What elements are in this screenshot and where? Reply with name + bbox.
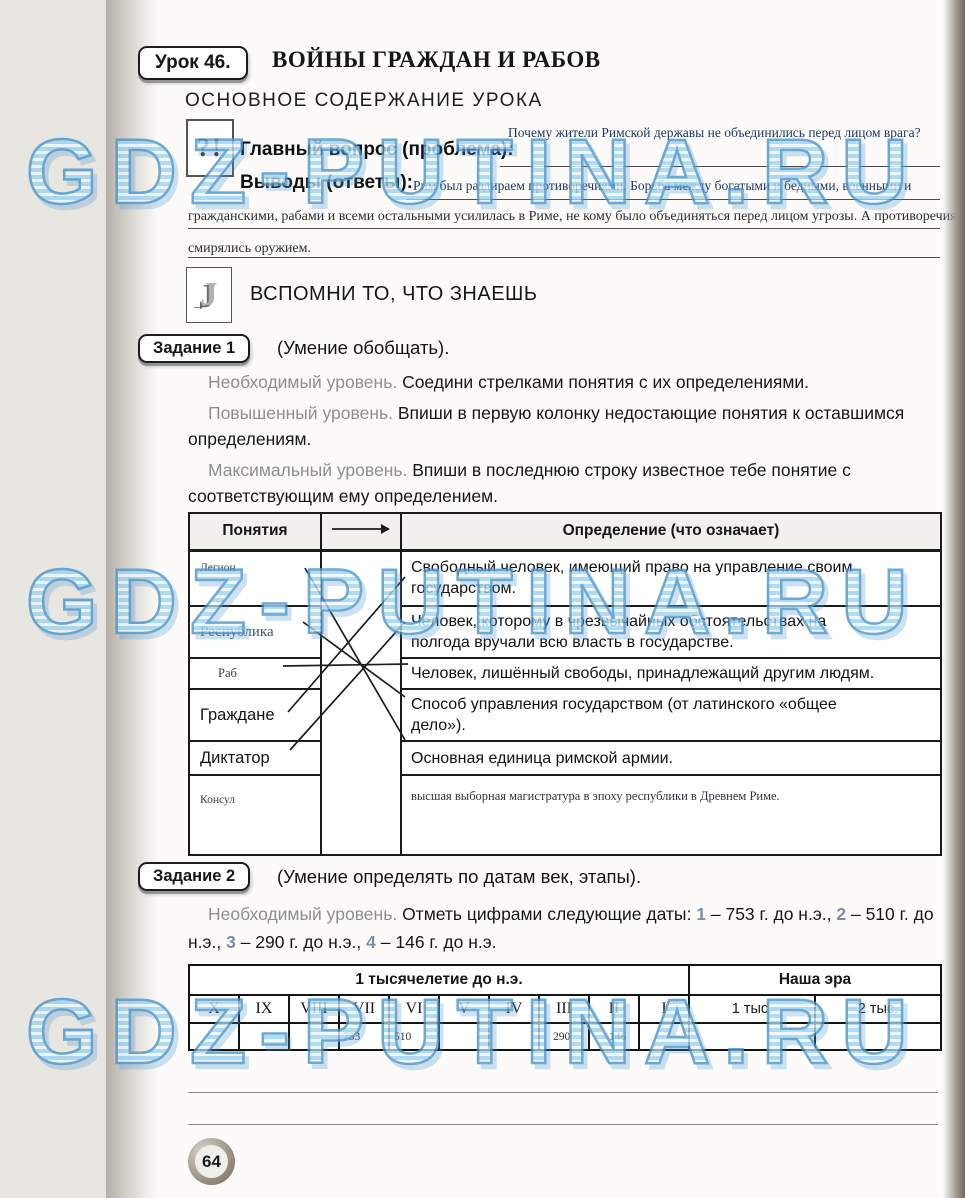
century-cell: III: [539, 995, 589, 1023]
blank-writing-line: [188, 1092, 938, 1093]
answer-line: [188, 257, 940, 258]
page-number: 64: [202, 1152, 221, 1172]
section-heading: ОСНОВНОЕ СОДЕРЖАНИЕ УРОКА: [185, 90, 543, 112]
century-cell: VIII: [289, 995, 339, 1023]
date-answer: 753: [343, 1031, 360, 1043]
task1-skill: (Умение обобщать).: [277, 337, 449, 359]
century-cell: V: [439, 995, 489, 1023]
date-value: – 290 г. до н.э.,: [241, 932, 362, 952]
timeline-answer-cell: [239, 1023, 289, 1050]
concept-cell: Раб: [189, 658, 321, 689]
century-cell: X: [189, 995, 239, 1023]
millennium-cell: 2 тыс.: [815, 995, 941, 1023]
question-exclamation-icon: ?!: [197, 133, 223, 163]
page-title: ВОЙНЫ ГРАЖДАН И РАБОВ: [272, 47, 601, 73]
timeline-answer-cell: 146: [589, 1023, 639, 1050]
date-value: – 146 г. до н.э.: [381, 932, 497, 952]
main-question-label: Главный вопрос (проблема):: [240, 139, 514, 161]
connection-column: [321, 550, 401, 855]
definition-cell: Способ управления государством (от латин…: [401, 689, 941, 741]
timeline-answer-cell: [689, 1023, 815, 1050]
definition-column-header: Определение (что означает): [401, 513, 941, 550]
century-cell: VI: [389, 995, 439, 1023]
ad-era-header: Наша эра: [689, 965, 941, 995]
problem-icon: ?!: [186, 119, 234, 177]
answer-line: [188, 228, 940, 229]
recall-icon: J →: [186, 267, 232, 323]
recall-section-title: ВСПОМНИ ТО, ЧТО ЗНАЕШЬ: [250, 283, 538, 306]
answer-line: [406, 199, 940, 200]
recall-arrow-icon: →: [191, 297, 205, 313]
conclusions-answer-line1: Рим был раздираем противоречиями. Борьба…: [413, 178, 911, 194]
level-maximum: Максимальный уровень. Впиши в последнюю …: [188, 457, 945, 509]
century-cell: II: [589, 995, 639, 1023]
page-left-margin: [0, 0, 106, 1198]
blank-writing-line: [188, 1124, 938, 1125]
task2-badge: Задание 2: [138, 862, 250, 891]
level-label: Повышенный уровень.: [208, 403, 393, 423]
century-cell: IV: [489, 995, 539, 1023]
task2-instruction: Необходимый уровень. Отметь цифрами след…: [188, 900, 948, 956]
timeline-answer-cell: 753: [339, 1023, 389, 1050]
arrow-column-header: [321, 513, 401, 550]
timeline-answer-cell: [289, 1023, 339, 1050]
level-label: Необходимый уровень.: [208, 904, 397, 924]
concept-cell: Республика: [189, 606, 321, 658]
timeline-answer-cell: [189, 1023, 239, 1050]
level-label: Необходимый уровень.: [208, 372, 397, 392]
timeline-answer-cell: [639, 1023, 689, 1050]
concept-cell: Легион: [189, 550, 321, 606]
level-advanced: Повышенный уровень. Впиши в первую колон…: [188, 400, 945, 452]
concepts-column-header: Понятия: [189, 513, 321, 550]
page-number-badge: 64: [188, 1138, 235, 1185]
definition-cell: Свободный человек, имеющий право на упра…: [401, 550, 941, 606]
timeline-answer-cell: [815, 1023, 941, 1050]
date-answer: 510: [394, 1031, 411, 1043]
definition-cell: высшая выборная магистратура в эпоху рес…: [401, 775, 941, 855]
date-marker: 3: [226, 932, 236, 952]
task1-badge: Задание 1: [138, 334, 250, 363]
bc-millennium-header: 1 тысячелетие до н.э.: [189, 965, 689, 995]
definition-cell: Человек, которому в чрезвычайных обстоят…: [401, 606, 941, 658]
page-right-edge-shadow: [943, 0, 965, 1198]
level-required: Необходимый уровень. Соедини стрелками п…: [188, 369, 945, 395]
date-marker: 4: [366, 932, 376, 952]
millennium-cell: 1 тыс.: [689, 995, 815, 1023]
definition-cell: Основная единица римской армии.: [401, 741, 941, 775]
century-cell: I: [639, 995, 689, 1023]
conclusions-answer-line2: гражданскими, рабами и всеми остальными …: [188, 209, 957, 225]
date-value: – 753 г. до н.э.,: [711, 904, 832, 924]
concept-cell: Диктатор: [189, 741, 321, 775]
concepts-table: Понятия Определение (что означает) Легио…: [188, 512, 942, 856]
workbook-page: Урок 46. ВОЙНЫ ГРАЖДАН И РАБОВ ОСНОВНОЕ …: [0, 0, 965, 1198]
timeline-table: 1 тысячелетие до н.э. Наша эра X IX VIII…: [188, 964, 942, 1051]
task2-skill: (Умение определять по датам век, этапы).: [277, 866, 641, 888]
timeline-answer-cell: 290: [539, 1023, 589, 1050]
date-marker: 1: [696, 904, 706, 924]
task2-lead: Отметь цифрами следующие даты:: [402, 904, 691, 924]
definition-cell: Человек, лишённый свободы, принадлежащий…: [401, 658, 941, 689]
timeline-answer-cell: [489, 1023, 539, 1050]
conclusions-answer-line3: смирялись оружием.: [188, 241, 311, 257]
timeline-answer-cell: 510: [389, 1023, 439, 1050]
concept-cell: Граждане: [189, 689, 321, 741]
date-answer: 146: [609, 1031, 626, 1043]
lesson-badge: Урок 46.: [138, 46, 248, 80]
task1-levels: Необходимый уровень. Соедини стрелками п…: [188, 369, 945, 514]
right-arrow-icon: [332, 523, 390, 535]
century-cell: IX: [239, 995, 289, 1023]
century-cell: VII: [339, 995, 389, 1023]
book-spine-shadow: [106, 0, 158, 1198]
timeline-answer-cell: [439, 1023, 489, 1050]
date-answer: 290: [553, 1031, 570, 1043]
level-label: Максимальный уровень.: [208, 460, 407, 480]
level-text: Соедини стрелками понятия с их определен…: [402, 372, 809, 392]
answer-line: [500, 166, 940, 167]
concept-cell: Консул: [189, 775, 321, 855]
conclusions-label: Выводы (ответы):: [240, 172, 413, 194]
date-marker: 2: [836, 904, 846, 924]
main-question-answer: Почему жители Римской державы не объедин…: [508, 125, 921, 141]
